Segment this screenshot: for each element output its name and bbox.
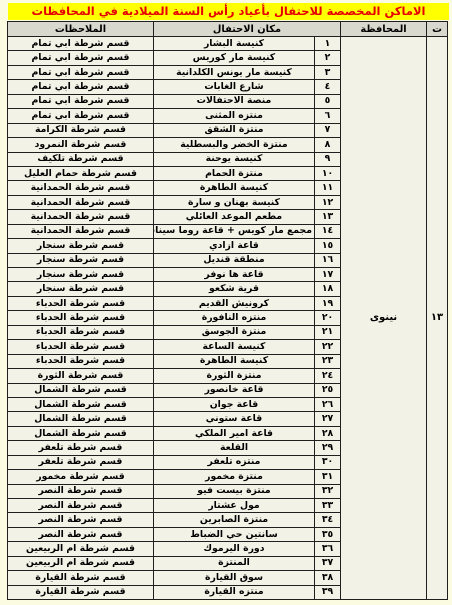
row-number-cell: ٩ bbox=[315, 152, 341, 166]
row-number-cell: ١٥ bbox=[315, 239, 341, 253]
place-cell: منتزة بيست فيو bbox=[153, 484, 314, 498]
note-cell: قسم شرطة الحمدانية bbox=[7, 224, 153, 238]
place-cell: منتزة الجوسق bbox=[153, 325, 314, 339]
row-number-cell: ٢٧ bbox=[315, 412, 341, 426]
note-cell: قسم شرطة الحدباء bbox=[7, 296, 153, 310]
place-cell: منتزة الشقق bbox=[153, 123, 314, 137]
row-number-cell: ٢٢ bbox=[315, 340, 341, 354]
place-cell: مطعم الموعد العائلي bbox=[153, 210, 314, 224]
place-cell: منتزة الثورة bbox=[153, 369, 314, 383]
note-cell: قسم شرطة ابي تمام bbox=[7, 65, 153, 79]
column-header-serial: ت bbox=[427, 22, 448, 37]
column-header-place: مكان الاحتفال bbox=[153, 22, 340, 37]
place-cell: كنيسة بهنان و سارة bbox=[153, 195, 314, 209]
table-row: ١٣نينوى١كنيسة البشارقسم شرطة ابي تمام bbox=[7, 37, 447, 51]
note-cell: قسم شرطة الشمال bbox=[7, 412, 153, 426]
note-cell: قسم شرطة سنجار bbox=[7, 282, 153, 296]
place-cell: منتزة الحمام bbox=[153, 166, 314, 180]
row-number-cell: ٨ bbox=[315, 138, 341, 152]
row-number-cell: ٣٣ bbox=[315, 499, 341, 513]
note-cell: قسم شرطة الحدباء bbox=[7, 311, 153, 325]
note-cell: قسم شرطة مخمور bbox=[7, 470, 153, 484]
note-cell: قسم شرطة النصر bbox=[7, 513, 153, 527]
governorate-serial-cell: ١٣ bbox=[427, 37, 448, 600]
row-number-cell: ١٠ bbox=[315, 166, 341, 180]
row-number-cell: ٤ bbox=[315, 80, 341, 94]
row-number-cell: ٣٩ bbox=[315, 585, 341, 599]
note-cell: قسم شرطة سنجار bbox=[7, 239, 153, 253]
note-cell: قسم شرطة تلكيف bbox=[7, 152, 153, 166]
row-number-cell: ٢٣ bbox=[315, 354, 341, 368]
row-number-cell: ٣٠ bbox=[315, 455, 341, 469]
row-number-cell: ٣٢ bbox=[315, 484, 341, 498]
row-number-cell: ٥ bbox=[315, 94, 341, 108]
note-cell: قسم شرطة الثورة bbox=[7, 369, 153, 383]
row-number-cell: ١٣ bbox=[315, 210, 341, 224]
place-cell: المنتزة bbox=[153, 556, 314, 570]
place-cell: منتزة الصابرين bbox=[153, 513, 314, 527]
place-cell: كرونيش القديم bbox=[153, 296, 314, 310]
note-cell: قسم شرطة ابي تمام bbox=[7, 94, 153, 108]
place-cell: سانتين حي الضباط bbox=[153, 527, 314, 541]
place-cell: شارع الغابات bbox=[153, 80, 314, 94]
row-number-cell: ٣٤ bbox=[315, 513, 341, 527]
row-number-cell: ٣١ bbox=[315, 470, 341, 484]
place-cell: منتزة مخمور bbox=[153, 470, 314, 484]
row-number-cell: ٣٥ bbox=[315, 527, 341, 541]
row-number-cell: ١٨ bbox=[315, 282, 341, 296]
note-cell: قسم شرطة سنجار bbox=[7, 253, 153, 267]
row-number-cell: ١١ bbox=[315, 181, 341, 195]
column-header-governorate: المحافظة bbox=[341, 22, 427, 37]
note-cell: قسم شرطة النصر bbox=[7, 484, 153, 498]
row-number-cell: ٣٧ bbox=[315, 556, 341, 570]
row-number-cell: ٢ bbox=[315, 51, 341, 65]
row-number-cell: ١ bbox=[315, 37, 341, 51]
note-cell: قسم شرطة الحمدانية bbox=[7, 210, 153, 224]
governorate-name-cell: نينوى bbox=[341, 37, 427, 600]
note-cell: قسم شرطة ابي تمام bbox=[7, 37, 153, 51]
note-cell: قسم شرطة ابي تمام bbox=[7, 51, 153, 65]
row-number-cell: ٢٥ bbox=[315, 383, 341, 397]
note-cell: قسم شرطة الحمدانية bbox=[7, 181, 153, 195]
note-cell: قسم شرطة النصر bbox=[7, 527, 153, 541]
row-number-cell: ٢٠ bbox=[315, 311, 341, 325]
row-number-cell: ٣٨ bbox=[315, 571, 341, 585]
note-cell: قسم شرطة الشمال bbox=[7, 426, 153, 440]
note-cell: قسم شرطة تلعفر bbox=[7, 441, 153, 455]
place-cell: قاعة ستوني bbox=[153, 412, 314, 426]
note-cell: قسم شرطة النمرود bbox=[7, 138, 153, 152]
place-cell: منتزة الخضر والبسطلية bbox=[153, 138, 314, 152]
place-cell: منتزه المثنى bbox=[153, 109, 314, 123]
note-cell: قسم شرطة سنجار bbox=[7, 268, 153, 282]
place-cell: كنيسة الساعة bbox=[153, 340, 314, 354]
place-cell: منتزه النافورة bbox=[153, 311, 314, 325]
note-cell: قسم شرطة الشمال bbox=[7, 383, 153, 397]
place-cell: كنيسة البشار bbox=[153, 37, 314, 51]
note-cell: قسم شرطة النصر bbox=[7, 499, 153, 513]
note-cell: قسم شرطة ام الربيعين bbox=[7, 556, 153, 570]
note-cell: قسم شرطة القيارة bbox=[7, 585, 153, 599]
row-number-cell: ٢١ bbox=[315, 325, 341, 339]
place-cell: قاعة ها نوفر bbox=[153, 268, 314, 282]
place-cell: القلعة bbox=[153, 441, 314, 455]
place-cell: مجمع مار كويس + قاعة روما سينافي bbox=[153, 224, 314, 238]
place-cell: منتزه القيارة bbox=[153, 585, 314, 599]
note-cell: قسم شرطة الحدباء bbox=[7, 325, 153, 339]
row-number-cell: ١٤ bbox=[315, 224, 341, 238]
place-cell: منتزه تلعفر bbox=[153, 455, 314, 469]
place-cell: قاعة جوان bbox=[153, 397, 314, 411]
note-cell: قسم شرطة ابي تمام bbox=[7, 80, 153, 94]
place-cell: كنيسة الطاهرة bbox=[153, 354, 314, 368]
row-number-cell: ٦ bbox=[315, 109, 341, 123]
place-cell: كنيسة يوحنة bbox=[153, 152, 314, 166]
column-header-notes: الملاحظات bbox=[7, 22, 153, 37]
place-cell: منصة الاحتفالات bbox=[153, 94, 314, 108]
note-cell: قسم شرطة ابي تمام bbox=[7, 109, 153, 123]
page-title: الاماكن المخصصة للاحتفال بأعياد رأس السن… bbox=[8, 3, 449, 20]
note-cell: قسم شرطة حمام العليل bbox=[7, 166, 153, 180]
place-cell: قاعة ازادي bbox=[153, 239, 314, 253]
row-number-cell: ١٦ bbox=[315, 253, 341, 267]
note-cell: قسم شرطة الحمدانية bbox=[7, 195, 153, 209]
row-number-cell: ٧ bbox=[315, 123, 341, 137]
place-cell: دورة اليرموك bbox=[153, 542, 314, 556]
row-number-cell: ٢٤ bbox=[315, 369, 341, 383]
table-body: ١٣نينوى١كنيسة البشارقسم شرطة ابي تمام٢كن… bbox=[7, 37, 447, 600]
row-number-cell: ٣ bbox=[315, 65, 341, 79]
place-cell: كنيسة الطاهرة bbox=[153, 181, 314, 195]
note-cell: قسم شرطة الشمال bbox=[7, 397, 153, 411]
row-number-cell: ١٢ bbox=[315, 195, 341, 209]
note-cell: قسم شرطة الحدباء bbox=[7, 340, 153, 354]
place-cell: كنيسة مار يونس الكلدانية bbox=[153, 65, 314, 79]
document-page: الاماكن المخصصة للاحتفال بأعياد رأس السن… bbox=[8, 3, 449, 600]
place-cell: قاعة امير الملكي bbox=[153, 426, 314, 440]
row-number-cell: ٢٦ bbox=[315, 397, 341, 411]
place-cell: قاعة خانصور bbox=[153, 383, 314, 397]
place-cell: مول عشتار bbox=[153, 499, 314, 513]
place-cell: سوق القيارة bbox=[153, 571, 314, 585]
row-number-cell: ٢٩ bbox=[315, 441, 341, 455]
header-row: ت المحافظة مكان الاحتفال الملاحظات bbox=[7, 22, 447, 37]
note-cell: قسم شرطة القيارة bbox=[7, 571, 153, 585]
place-cell: منطقة قنديل bbox=[153, 253, 314, 267]
row-number-cell: ١٩ bbox=[315, 296, 341, 310]
row-number-cell: ٢٨ bbox=[315, 426, 341, 440]
note-cell: قسم شرطة ام الربيعين bbox=[7, 542, 153, 556]
row-number-cell: ١٧ bbox=[315, 268, 341, 282]
celebration-places-table: ت المحافظة مكان الاحتفال الملاحظات ١٣نين… bbox=[7, 21, 448, 600]
note-cell: قسم شرطة الحدباء bbox=[7, 354, 153, 368]
place-cell: كنيسة مار كوريس bbox=[153, 51, 314, 65]
note-cell: قسم شرطة تلعفر bbox=[7, 455, 153, 469]
place-cell: قرية شكعو bbox=[153, 282, 314, 296]
note-cell: قسم شرطة الكرامة bbox=[7, 123, 153, 137]
row-number-cell: ٣٦ bbox=[315, 542, 341, 556]
